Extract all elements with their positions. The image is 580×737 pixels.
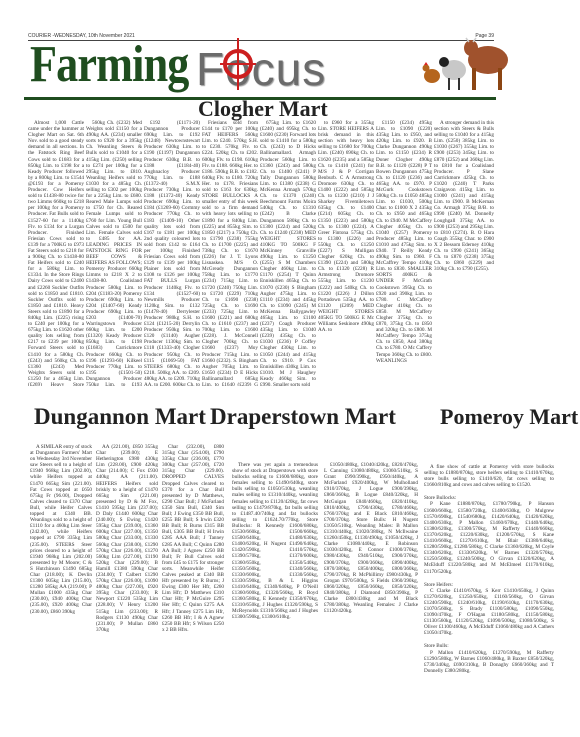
draperstown-mart-title: Draperstown Mart <box>210 404 396 430</box>
masthead-focus: Focus <box>196 42 326 96</box>
clogher-column-5: 675kg Lim. to £1620 (£240) and 695kg Ch.… <box>260 120 316 386</box>
draperstown-column-1: There was yet again a tremendous show of… <box>232 462 318 622</box>
pomeroy-store-bulls-text: P Mallon £1410/620kg, £1270/590kg, M Raf… <box>424 650 554 674</box>
clogher-column-3: £192 (£1171-20) Dungannon Producer 690kg… <box>144 120 200 386</box>
draperstown-column-2: £1050/480kg, £1040/420kg, £820/470kg, L … <box>324 462 418 622</box>
clogher-column-7: £1150 (£234) 495kg Lim. to £1090 (£220) … <box>376 120 432 386</box>
pomeroy-mart-title: Pomeroy Mart <box>440 404 578 430</box>
clogher-column-4: Friesians sold from £144 to £170 per 100… <box>202 120 258 386</box>
masthead: Farming Focus <box>24 40 496 95</box>
dungannon-mart-title: Dungannon Mart <box>34 404 206 430</box>
clogher-column-2: 560kg Ch. (£232) Med Weights sold £1150 … <box>86 120 142 386</box>
masthead-farming: Farming <box>30 35 189 94</box>
clogher-column-6: to £960 for a 355kg Lim. STORE HEIFERS A… <box>318 120 374 386</box>
pomeroy-intro: A fine show of cattle at Pomeroy with st… <box>424 464 554 488</box>
farm-animals-image <box>416 34 512 96</box>
clogher-mart-title: Clogher Mart <box>198 96 328 122</box>
pomeroy-store-bullocks-text: P Kane £1880/870kg, £1780/790kg, P Hanso… <box>424 501 554 574</box>
clogher-column-1: Almost 1,000 Cattle came under the hamme… <box>28 120 84 386</box>
crosshair-target-icon <box>220 38 256 90</box>
dungannon-column-1: A SIMILAR entry of stock at Dungannon Fa… <box>30 444 92 692</box>
dungannon-column-2: AA (221.00), £850 355kg Char (239.00); E… <box>96 444 158 692</box>
pomeroy-store-heifers-text: C Clarke £1410/670kg, S Kerr £1410/650kg… <box>424 588 554 637</box>
clogher-column-8: A stronger demand in this section with S… <box>434 120 494 386</box>
dungannon-column-3: Char (232.00), £800 315kg Char (254.00),… <box>162 444 224 692</box>
pomeroy-column: A fine show of cattle at Pomeroy with st… <box>424 464 554 694</box>
